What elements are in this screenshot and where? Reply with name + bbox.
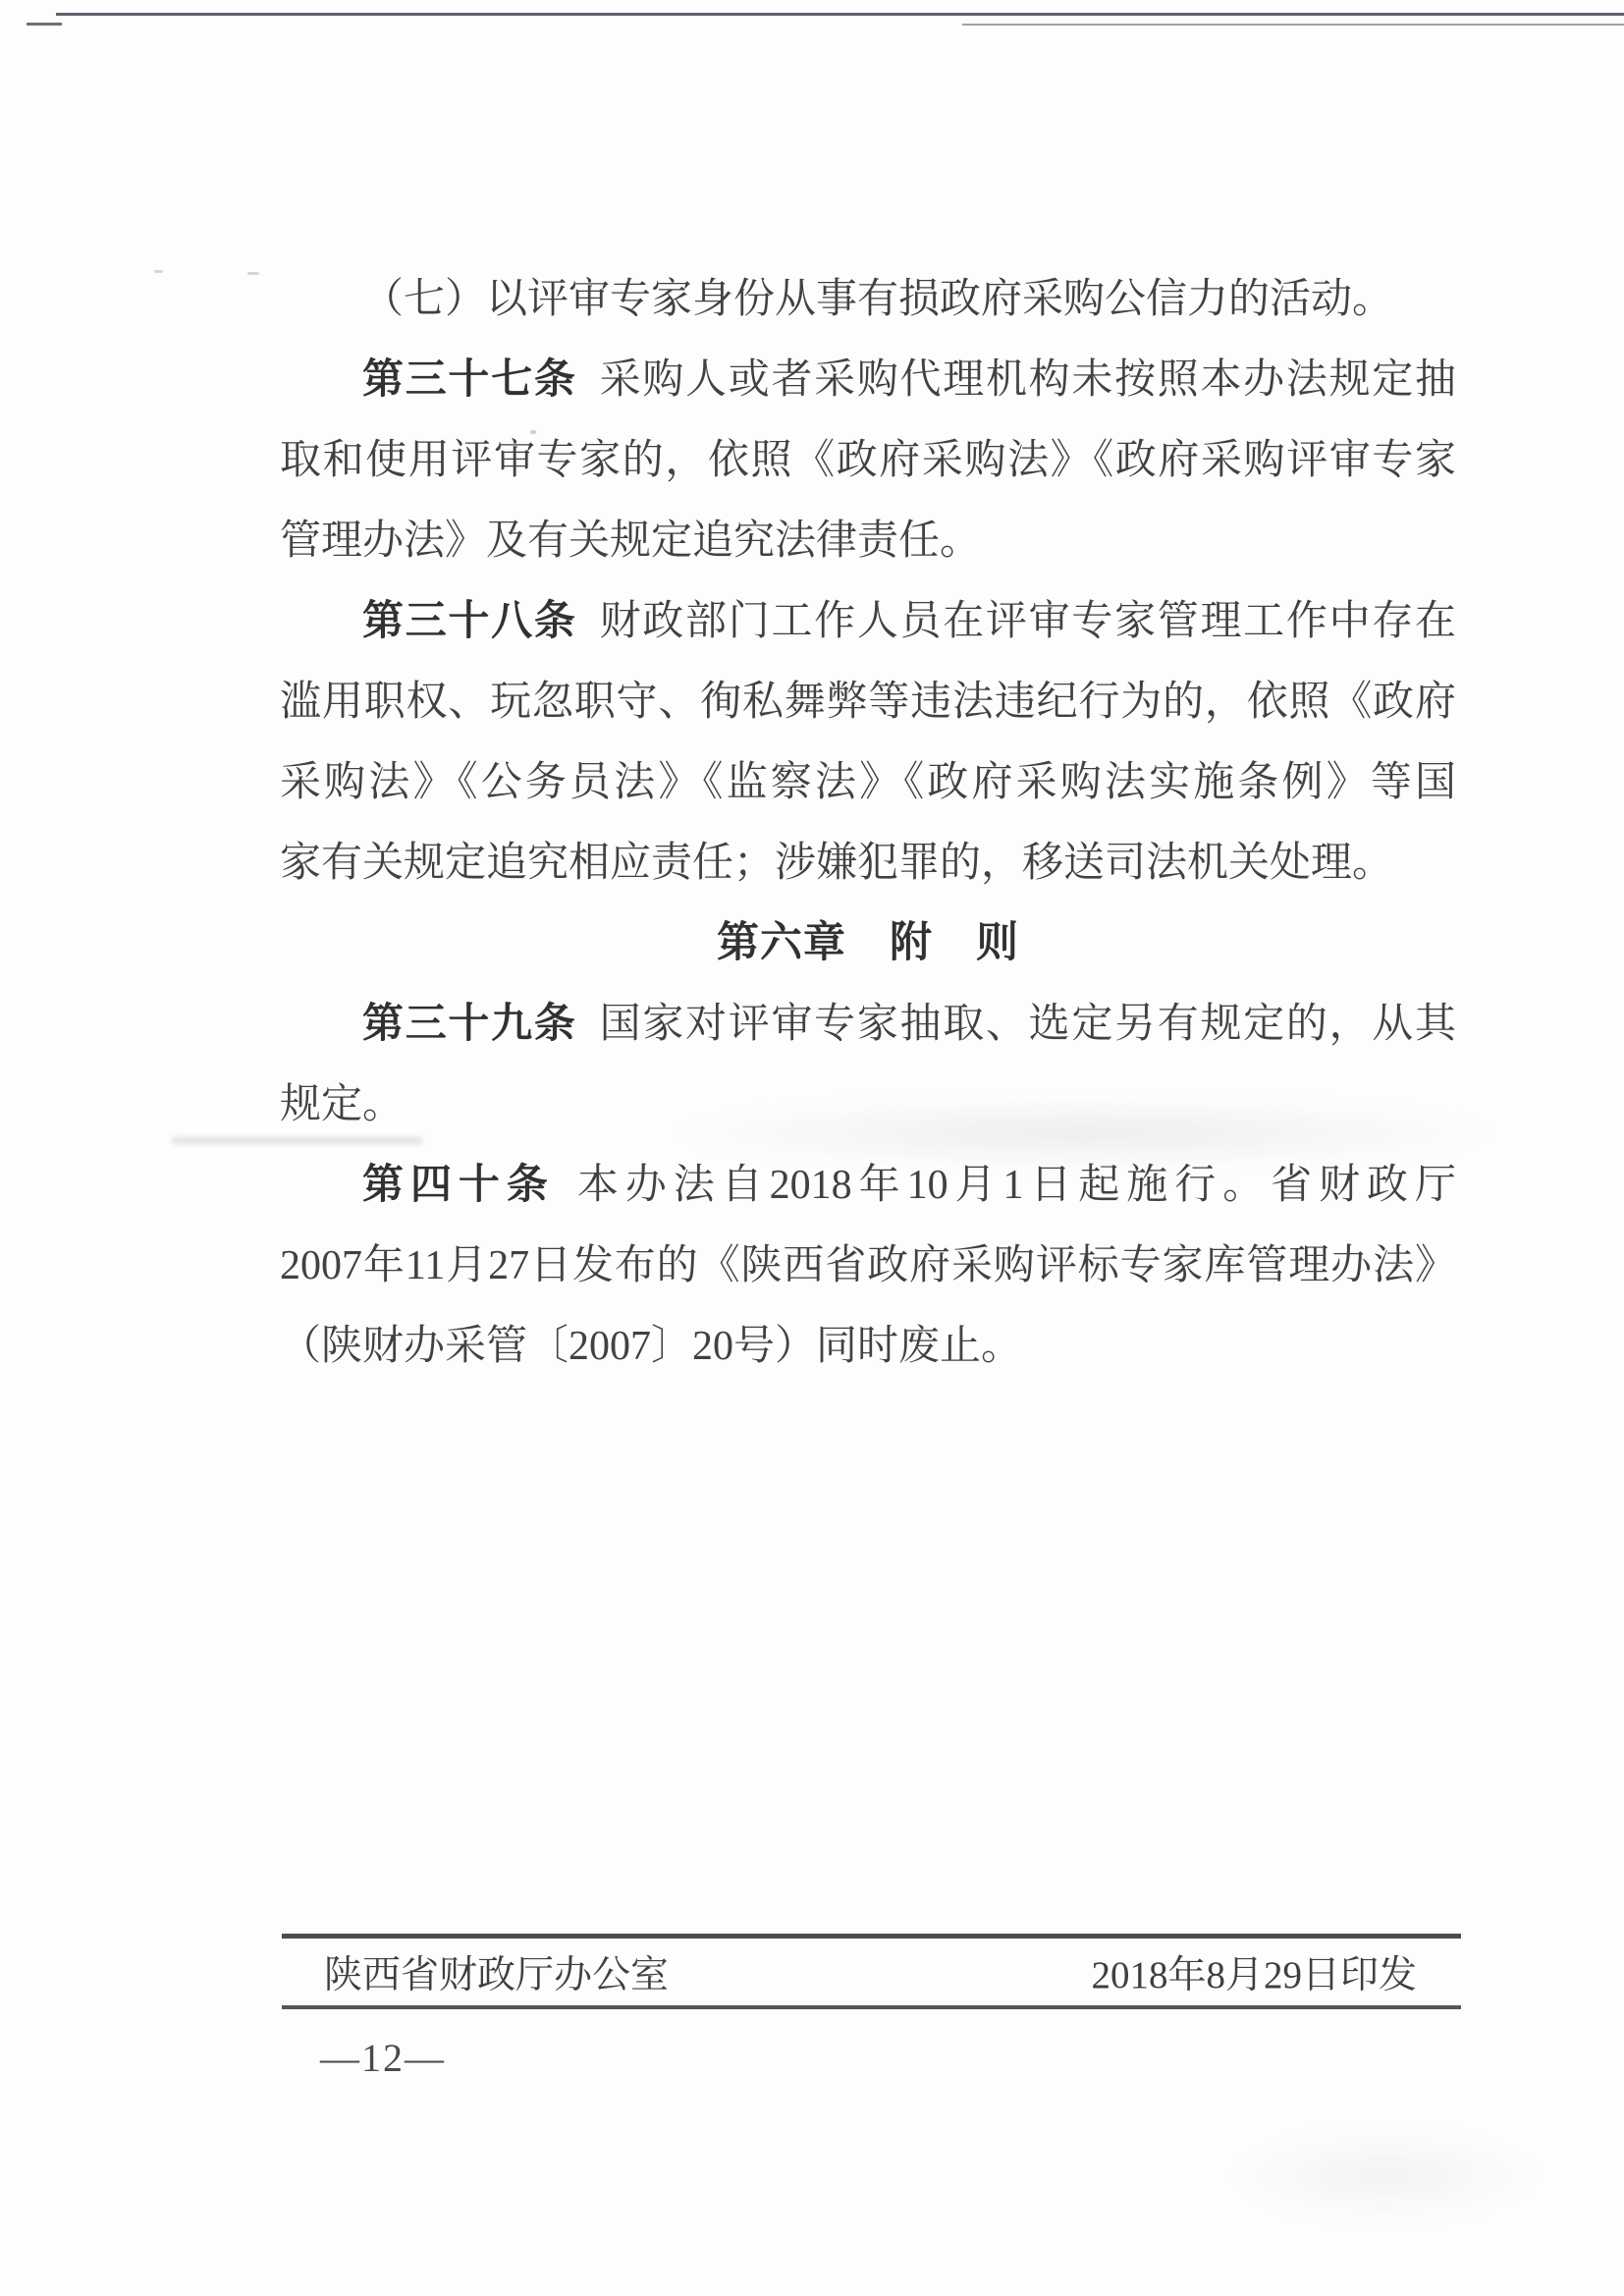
footer-rule-bottom — [282, 2005, 1461, 2009]
line-text: 财政部门工作人员在评审专家管理工作中存在 — [600, 599, 1456, 644]
document-line: 家有关规定追究相应责任；涉嫌犯罪的，移送司法机关处理。 — [280, 823, 1456, 903]
page-number: —12— — [320, 2035, 446, 2081]
document-line: 2007年11月27日发布的《陕西省政府采购评标专家库管理办法》 — [280, 1226, 1456, 1306]
line-text: 规定。 — [280, 1082, 404, 1127]
document-line: 第三十八条财政部门工作人员在评审专家管理工作中存在 — [280, 581, 1456, 662]
line-text: 取和使用评审专家的，依照《政府采购法》《政府采购评审专家 — [280, 438, 1456, 483]
document-line: 取和使用评审专家的，依照《政府采购法》《政府采购评审专家 — [280, 420, 1456, 501]
line-text: 2007年11月27日发布的《陕西省政府采购评标专家库管理办法》 — [280, 1243, 1456, 1288]
document-line: 管理办法》及有关规定追究法律责任。 — [280, 501, 1456, 581]
document-line: 规定。 — [280, 1065, 1456, 1145]
line-text: 采购法》《公务员法》《监察法》《政府采购法实施条例》等国 — [280, 760, 1456, 805]
chapter-heading: 第六章 附 则 — [280, 903, 1456, 984]
line-text: （七）以评审专家身份从事有损政府采购公信力的活动。 — [362, 277, 1393, 322]
scan-speck — [154, 270, 163, 273]
scan-edge-line — [56, 13, 1624, 16]
line-text: 采购人或者采购代理机构未按照本办法规定抽 — [600, 357, 1456, 403]
document-line: 第三十七条采购人或者采购代理机构未按照本办法规定抽 — [280, 340, 1456, 420]
clause-number: 第四十条 — [362, 1163, 555, 1208]
chapter-heading-text: 第六章 附 则 — [717, 920, 1019, 966]
clause-number: 第三十七条 — [362, 357, 577, 403]
scan-edge-step — [27, 23, 62, 26]
document-line: 滥用职权、玩忽职守、徇私舞弊等违法违纪行为的，依照《政府 — [280, 662, 1456, 742]
line-text: 本办法自2018年10月1日起施行。省财政厅 — [577, 1163, 1456, 1208]
footer-row: 陕西省财政厅办公室 2018年8月29日印发 — [282, 1941, 1461, 2003]
line-text: 家有关规定追究相应责任；涉嫌犯罪的，移送司法机关处理。 — [280, 841, 1393, 886]
clause-number: 第三十八条 — [362, 599, 577, 644]
line-text: （陕财办采管〔2007〕20号）同时废止。 — [280, 1324, 1022, 1369]
document-body: （七）以评审专家身份从事有损政府采购公信力的活动。 第三十七条采购人或者采购代理… — [280, 259, 1456, 1387]
clause-number: 第三十九条 — [362, 1002, 577, 1047]
document-line: （陕财办采管〔2007〕20号）同时废止。 — [280, 1306, 1456, 1387]
scan-smudge — [1232, 2131, 1537, 2219]
line-text: 管理办法》及有关规定追究法律责任。 — [280, 519, 981, 564]
document-line: （七）以评审专家身份从事有损政府采购公信力的活动。 — [280, 259, 1456, 340]
scan-edge-line-secondary — [962, 24, 1624, 26]
footer-print-date: 2018年8月29日印发 — [1091, 1944, 1417, 1999]
line-text: 滥用职权、玩忽职守、徇私舞弊等违法违纪行为的，依照《政府 — [280, 680, 1456, 725]
line-text: 国家对评审专家抽取、选定另有规定的，从其 — [600, 1002, 1456, 1047]
scan-speck — [247, 272, 259, 275]
footer-rule-top — [282, 1934, 1461, 1939]
document-line: 采购法》《公务员法》《监察法》《政府采购法实施条例》等国 — [280, 742, 1456, 823]
scanned-document-page: （七）以评审专家身份从事有损政府采购公信力的活动。 第三十七条采购人或者采购代理… — [0, 0, 1624, 2296]
footer-issuer: 陕西省财政厅办公室 — [324, 1944, 669, 1999]
document-line: 第三十九条国家对评审专家抽取、选定另有规定的，从其 — [280, 984, 1456, 1065]
document-line: 第四十条本办法自2018年10月1日起施行。省财政厅 — [280, 1145, 1456, 1226]
